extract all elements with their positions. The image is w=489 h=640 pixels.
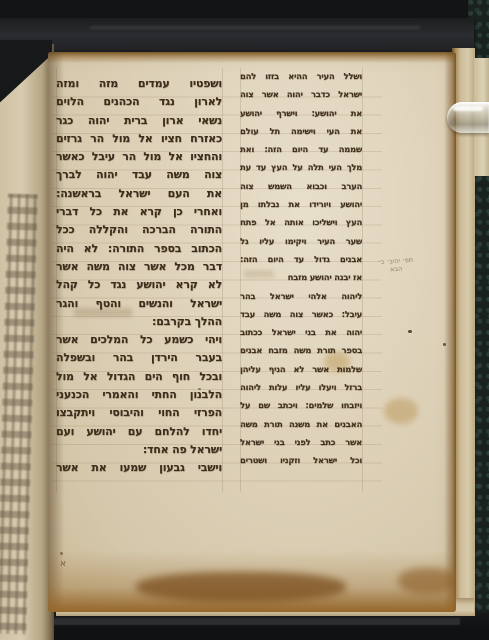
quire-signature: א: [56, 560, 70, 569]
text-line: אבנים גדול עד היום הזה:: [240, 251, 362, 269]
text-line: ובכל חוף הים הגדול אל מול: [56, 368, 222, 386]
text-line: ברזל ויעלו עליו עלות ליהוה: [240, 379, 362, 397]
facing-page-text-edge: [0, 194, 38, 635]
quire-mark-dot: [60, 552, 63, 555]
text-line: ואחרי כן קרא את כל דברי: [56, 203, 222, 221]
text-line: אשר כתב לפני בני ישראל: [240, 434, 362, 452]
bottom-stain-patch: [136, 572, 346, 602]
text-line: ושפטיו עמדים מזה ומזה: [56, 75, 222, 93]
text-line: האבנים את משנה תורת משה: [240, 416, 362, 434]
text-line: אז יבנה יהושע מזבח: [240, 269, 362, 287]
text-line: ויהי כשמע כל המלכים אשר: [56, 331, 222, 349]
text-line: וישבי גבעון שמעו את אשר: [56, 459, 222, 477]
text-line: ישראל והנשים והטף והגר: [56, 295, 222, 313]
text-line: וכל ישראל וזקניו ושטרים: [240, 452, 362, 470]
bottom-stain-patch: [398, 568, 456, 594]
text-line: צוה משה עבד יהוה לברך: [56, 166, 222, 184]
text-line: יחדו להלחם עם יהושע ועם: [56, 423, 222, 441]
manuscript-page: ושלל העיר ההיא בזזו להםישראל כדבר יהוה א…: [48, 52, 456, 612]
text-column-right: ושלל העיר ההיא בזזו להםישראל כדבר יהוה א…: [240, 68, 362, 471]
book-cover-bottom-edge: [40, 618, 460, 625]
text-line: שממה עד היום הזה: ואת: [240, 141, 362, 159]
text-line: ישראל כדבר יהוה אשר צוה: [240, 86, 362, 104]
text-line: והחציו אל מול הר עיבל כאשר: [56, 148, 222, 166]
ruling-vertical-line: [222, 68, 223, 492]
ruling-vertical-line: [362, 68, 363, 492]
text-line: נשאי ארון ברית יהוה כגר: [56, 112, 222, 130]
book-cover-top-edge: [0, 18, 474, 56]
text-line: דבר מכל אשר צוה משה אשר: [56, 258, 222, 276]
top-edge-stain: [48, 52, 456, 63]
marginal-note: תפ׳ יהיב׳ כ׳ הבא: [374, 256, 419, 274]
facing-page: [0, 44, 54, 640]
text-line: ההלך בקרבם:: [56, 313, 222, 331]
text-line: הערב וכבוא השמש צוה: [240, 178, 362, 196]
text-line: את העם ישראל בראשנה:: [56, 185, 222, 203]
text-line: הלבנון החתי והאמרי הכנעני: [56, 386, 222, 404]
ink-speck: [443, 343, 446, 346]
text-line: את יהושע: וישרף יהושע: [240, 105, 362, 123]
text-line: בעבר הירדן בהר ובשפלה: [56, 349, 222, 367]
text-line: לארון נגד הכהנים הלוים: [56, 93, 222, 111]
text-line: כאזרח חציו אל מול הר גרזים: [56, 130, 222, 148]
text-line: ויזבחו שלמים: ויכתב שם על: [240, 397, 362, 415]
glass-weight-tool: [447, 102, 489, 133]
text-line: את העי וישימה תל עולם: [240, 123, 362, 141]
right-edge-stain: [444, 52, 456, 612]
ink-speck: [408, 330, 412, 333]
text-line: הפרזי החוי והיבוסי ויתקבצו: [56, 404, 222, 422]
text-line: יהושע ויורידו את נבלתו מן: [240, 196, 362, 214]
text-line: הכתוב בספר התורה: לא היה: [56, 240, 222, 258]
text-line: עיבל: כאשר צוה משה עבד: [240, 306, 362, 324]
text-line: בספר תורת משה מזבח אבנים: [240, 342, 362, 360]
manuscript-photo: ושלל העיר ההיא בזזו להםישראל כדבר יהוה א…: [0, 0, 489, 640]
text-line: שער העיר ויקימו עליו גל: [240, 233, 362, 251]
text-line: התורה הברכה והקללה ככל: [56, 221, 222, 239]
text-line: ישראל פה אחד:: [56, 441, 222, 459]
text-line: שלמות אשר לא הניף עליהן: [240, 361, 362, 379]
text-line: מלך העי תלה על העץ עד עת: [240, 159, 362, 177]
text-line: העץ וישליכו אותה אל פתח: [240, 214, 362, 232]
text-line: יהוה את בני ישראל ככתוב: [240, 324, 362, 342]
text-column-left: ושפטיו עמדים מזה ומזהלארון נגד הכהנים הל…: [56, 75, 222, 478]
text-line: ושלל העיר ההיא בזזו להם: [240, 68, 362, 86]
parchment-stain: [384, 398, 418, 424]
text-line: לא קרא יהושע נגד כל קהל: [56, 276, 222, 294]
background-bottom: [0, 612, 489, 640]
text-line: ליהוה אלהי ישראל בהר: [240, 288, 362, 306]
